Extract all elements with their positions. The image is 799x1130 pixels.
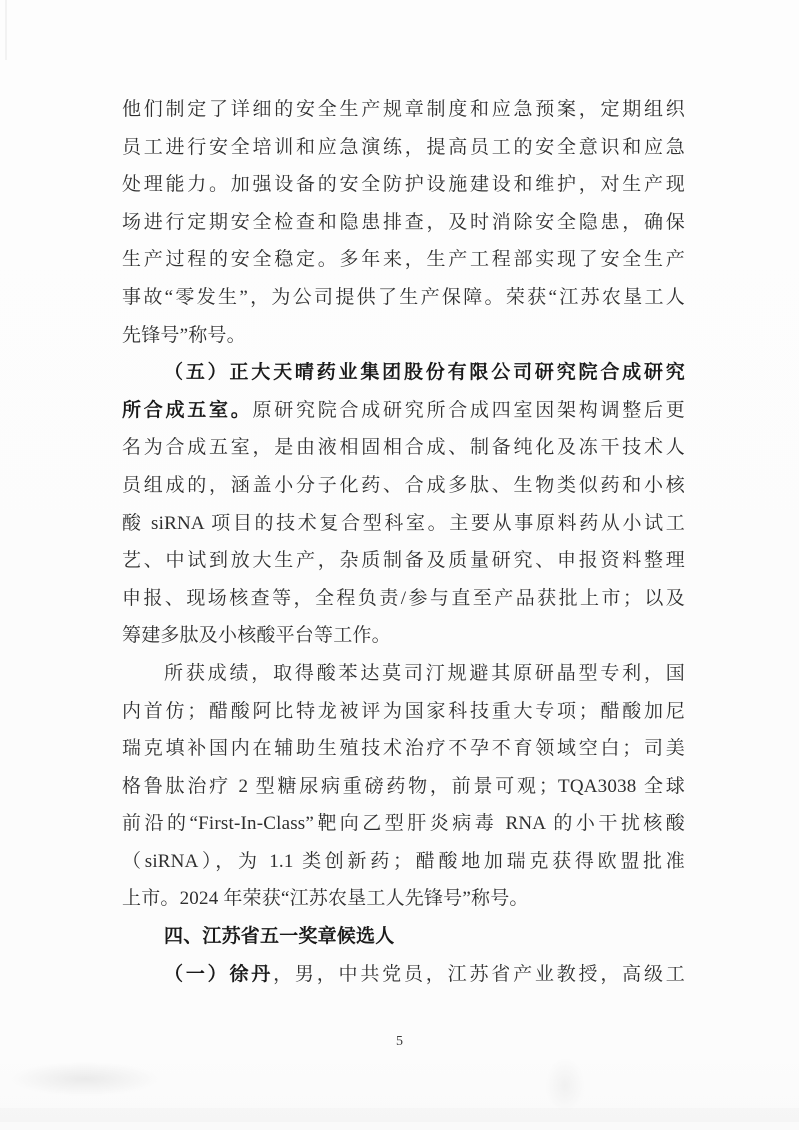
text-line: 所获成绩，取得酸苯达莫司汀规避其原研晶型专利，国 bbox=[122, 655, 685, 693]
line-text: 他们制定了详细的安全生产规章制度和应急预案，定期组织 bbox=[122, 99, 685, 120]
text-line: 生产过程的安全稳定。多年来，生产工程部实现了安全生产 bbox=[122, 241, 685, 279]
line-text: 内首仿；醋酸阿比特龙被评为国家科技重大专项；醋酸加尼 bbox=[122, 701, 685, 722]
line-text: 所获成绩，取得酸苯达莫司汀规避其原研晶型专利，国 bbox=[164, 663, 685, 684]
text-line: 格鲁肽治疗 2 型糖尿病重磅药物，前景可观；TQA3038 全球 bbox=[122, 768, 685, 806]
text-line: 名为合成五室，是由液相固相合成、制备纯化及冻干技术人 bbox=[122, 429, 685, 467]
scan-edge-artifact bbox=[5, 0, 7, 60]
text-line: 瑞克填补国内在辅助生殖技术治疗不孕不育领域空白；司美 bbox=[122, 730, 685, 768]
text-line: 员工进行安全培训和应急演练，提高员工的安全意识和应急 bbox=[122, 129, 685, 167]
bold-lead-text: 所合成五室。 bbox=[122, 400, 253, 421]
text-line: 场进行定期安全检查和隐患排查，及时消除安全隐患，确保 bbox=[122, 204, 685, 242]
text-line: （五）正大天晴药业集团股份有限公司研究院合成研究 bbox=[122, 354, 685, 392]
text-line: 前沿的“First-In-Class”靶向乙型肝炎病毒 RNA 的小干扰核酸 bbox=[122, 805, 685, 843]
line-text: 申报、现场核查等，全程负责/参与直至产品获批上市；以及 bbox=[122, 588, 685, 609]
line-text: 事故“零发生”，为公司提供了生产保障。荣获“江苏农垦工人 bbox=[122, 287, 685, 308]
line-text: 前沿的“First-In-Class”靶向乙型肝炎病毒 RNA 的小干扰核酸 bbox=[122, 813, 685, 834]
text-line: 他们制定了详细的安全生产规章制度和应急预案，定期组织 bbox=[122, 91, 685, 129]
line-text: 原研究院合成研究所合成四室因架构调整后更 bbox=[253, 400, 685, 421]
line-text: 上市。2024 年荣获“江苏农垦工人先锋号”称号。 bbox=[122, 888, 529, 909]
line-text: 瑞克填补国内在辅助生殖技术治疗不孕不育领域空白；司美 bbox=[122, 738, 685, 759]
text-line: （一）徐丹，男，中共党员，江苏省产业教授，高级工 bbox=[122, 956, 685, 994]
text-line: 上市。2024 年荣获“江苏农垦工人先锋号”称号。 bbox=[122, 880, 685, 918]
document-page: 他们制定了详细的安全生产规章制度和应急预案，定期组织员工进行安全培训和应急演练，… bbox=[0, 0, 799, 1130]
bold-lead-text: （五）正大天晴药业集团股份有限公司研究院合成研究 bbox=[164, 362, 685, 383]
line-text: 名为合成五室，是由液相固相合成、制备纯化及冻干技术人 bbox=[122, 437, 685, 458]
line-text: 格鲁肽治疗 2 型糖尿病重磅药物，前景可观；TQA3038 全球 bbox=[122, 776, 685, 797]
scan-bottom-band-artifact bbox=[0, 1108, 799, 1122]
line-text: 场进行定期安全检查和隐患排查，及时消除安全隐患，确保 bbox=[122, 212, 685, 233]
scan-smudge-artifact bbox=[545, 1058, 585, 1113]
text-line: 内首仿；醋酸阿比特龙被评为国家科技重大专项；醋酸加尼 bbox=[122, 693, 685, 731]
line-text: 酸 siRNA 项目的技术复合型科室。主要从事原料药从小试工 bbox=[122, 513, 685, 534]
text-line: 申报、现场核查等，全程负责/参与直至产品获批上市；以及 bbox=[122, 580, 685, 618]
text-line: 处理能力。加强设备的安全防护设施建设和维护，对生产现 bbox=[122, 166, 685, 204]
line-text: 处理能力。加强设备的安全防护设施建设和维护，对生产现 bbox=[122, 174, 685, 195]
text-line: 先锋号”称号。 bbox=[122, 317, 685, 355]
line-text: （siRNA），为 1.1 类创新药；醋酸地加瑞克获得欧盟批准 bbox=[122, 851, 685, 872]
page-number: 5 bbox=[0, 1034, 799, 1050]
line-text: 员组成的，涵盖小分子化药、合成多肽、生物类似药和小核 bbox=[122, 475, 685, 496]
text-line: 四、江苏省五一奖章候选人 bbox=[122, 918, 685, 956]
text-line: 所合成五室。原研究院合成研究所合成四室因架构调整后更 bbox=[122, 392, 685, 430]
text-line: （siRNA），为 1.1 类创新药；醋酸地加瑞克获得欧盟批准 bbox=[122, 843, 685, 881]
line-text: 先锋号”称号。 bbox=[122, 325, 246, 346]
line-text: 艺、中试到放大生产，杂质制备及质量研究、申报资料整理 bbox=[122, 550, 685, 571]
document-text-block: 他们制定了详细的安全生产规章制度和应急预案，定期组织员工进行安全培训和应急演练，… bbox=[122, 91, 685, 993]
bold-lead-text: （一）徐丹 bbox=[164, 964, 273, 985]
bold-lead-text: 四、江苏省五一奖章候选人 bbox=[164, 926, 394, 947]
scan-smudge-artifact bbox=[10, 1062, 160, 1096]
line-text: 员工进行安全培训和应急演练，提高员工的安全意识和应急 bbox=[122, 137, 685, 158]
line-text: 筹建多肽及小核酸平台等工作。 bbox=[122, 625, 391, 646]
line-text: 生产过程的安全稳定。多年来，生产工程部实现了安全生产 bbox=[122, 249, 685, 270]
text-line: 筹建多肽及小核酸平台等工作。 bbox=[122, 617, 685, 655]
text-line: 员组成的，涵盖小分子化药、合成多肽、生物类似药和小核 bbox=[122, 467, 685, 505]
text-line: 酸 siRNA 项目的技术复合型科室。主要从事原料药从小试工 bbox=[122, 505, 685, 543]
line-text: ，男，中共党员，江苏省产业教授，高级工 bbox=[273, 964, 685, 985]
text-line: 艺、中试到放大生产，杂质制备及质量研究、申报资料整理 bbox=[122, 542, 685, 580]
text-line: 事故“零发生”，为公司提供了生产保障。荣获“江苏农垦工人 bbox=[122, 279, 685, 317]
